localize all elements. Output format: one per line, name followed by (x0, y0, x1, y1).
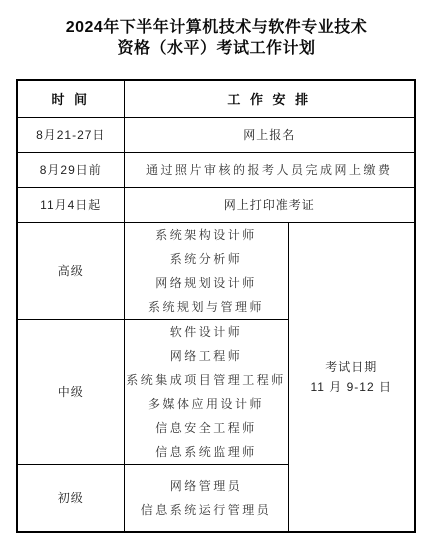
time-cell: 8月29日前 (17, 152, 124, 187)
page-title-line-2: 资格（水平）考试工作计划 (0, 38, 433, 59)
exam-list-intermediate: 软件设计师网络工程师系统集成项目管理工程师多媒体应用设计师信息安全工程师信息系统… (124, 319, 288, 464)
exam-item: 系统规划与管理师 (125, 295, 288, 319)
page-title-line-1: 2024年下半年计算机技术与软件专业技术 (0, 17, 433, 38)
level-cell-intermediate: 中级 (17, 319, 124, 464)
exam-list-senior: 系统架构设计师系统分析师网络规划设计师系统规划与管理师 (124, 222, 288, 319)
exam-item: 信息系统监理师 (125, 440, 288, 464)
exam-date-cell: 考试日期 11 月 9-12 日 (288, 222, 415, 532)
exam-plan-document: { "page": { "title_line1": "2024年下半年计算机技… (0, 0, 433, 546)
exam-item: 系统架构设计师 (125, 223, 288, 247)
exam-item: 系统分析师 (125, 247, 288, 271)
time-cell: 11月4日起 (17, 187, 124, 222)
exam-item: 软件设计师 (125, 320, 288, 344)
exam-date-value: 11 月 9-12 日 (289, 377, 415, 397)
page-title: 2024年下半年计算机技术与软件专业技术 资格（水平）考试工作计划 (0, 17, 433, 59)
exam-schedule-table: 时 间 工 作 安 排 8月21-27日 网上报名 8月29日前 通过照片审核的… (16, 79, 416, 533)
table-row-payment: 8月29日前 通过照片审核的报考人员完成网上缴费 (17, 152, 415, 187)
time-column-header: 时 间 (17, 80, 124, 117)
work-cell: 通过照片审核的报考人员完成网上缴费 (124, 152, 415, 187)
time-cell: 8月21-27日 (17, 117, 124, 152)
table-row-admission-ticket: 11月4日起 网上打印准考证 (17, 187, 415, 222)
exam-list-junior: 网络管理员信息系统运行管理员 (124, 464, 288, 532)
exam-date-label: 考试日期 (289, 357, 415, 377)
work-column-header: 工 作 安 排 (124, 80, 415, 117)
exam-item: 网络管理员 (125, 474, 288, 498)
level-cell-senior: 高级 (17, 222, 124, 319)
table-header-row: 时 间 工 作 安 排 (17, 80, 415, 117)
exam-item: 网络规划设计师 (125, 271, 288, 295)
work-cell: 网上打印准考证 (124, 187, 415, 222)
table-row-senior-level: 高级 系统架构设计师系统分析师网络规划设计师系统规划与管理师 考试日期 11 月… (17, 222, 415, 319)
exam-item: 网络工程师 (125, 344, 288, 368)
exam-item: 信息安全工程师 (125, 416, 288, 440)
exam-item: 信息系统运行管理员 (125, 498, 288, 522)
level-cell-junior: 初级 (17, 464, 124, 532)
table-row-registration: 8月21-27日 网上报名 (17, 117, 415, 152)
exam-item: 系统集成项目管理工程师 (125, 368, 288, 392)
work-cell: 网上报名 (124, 117, 415, 152)
exam-item: 多媒体应用设计师 (125, 392, 288, 416)
